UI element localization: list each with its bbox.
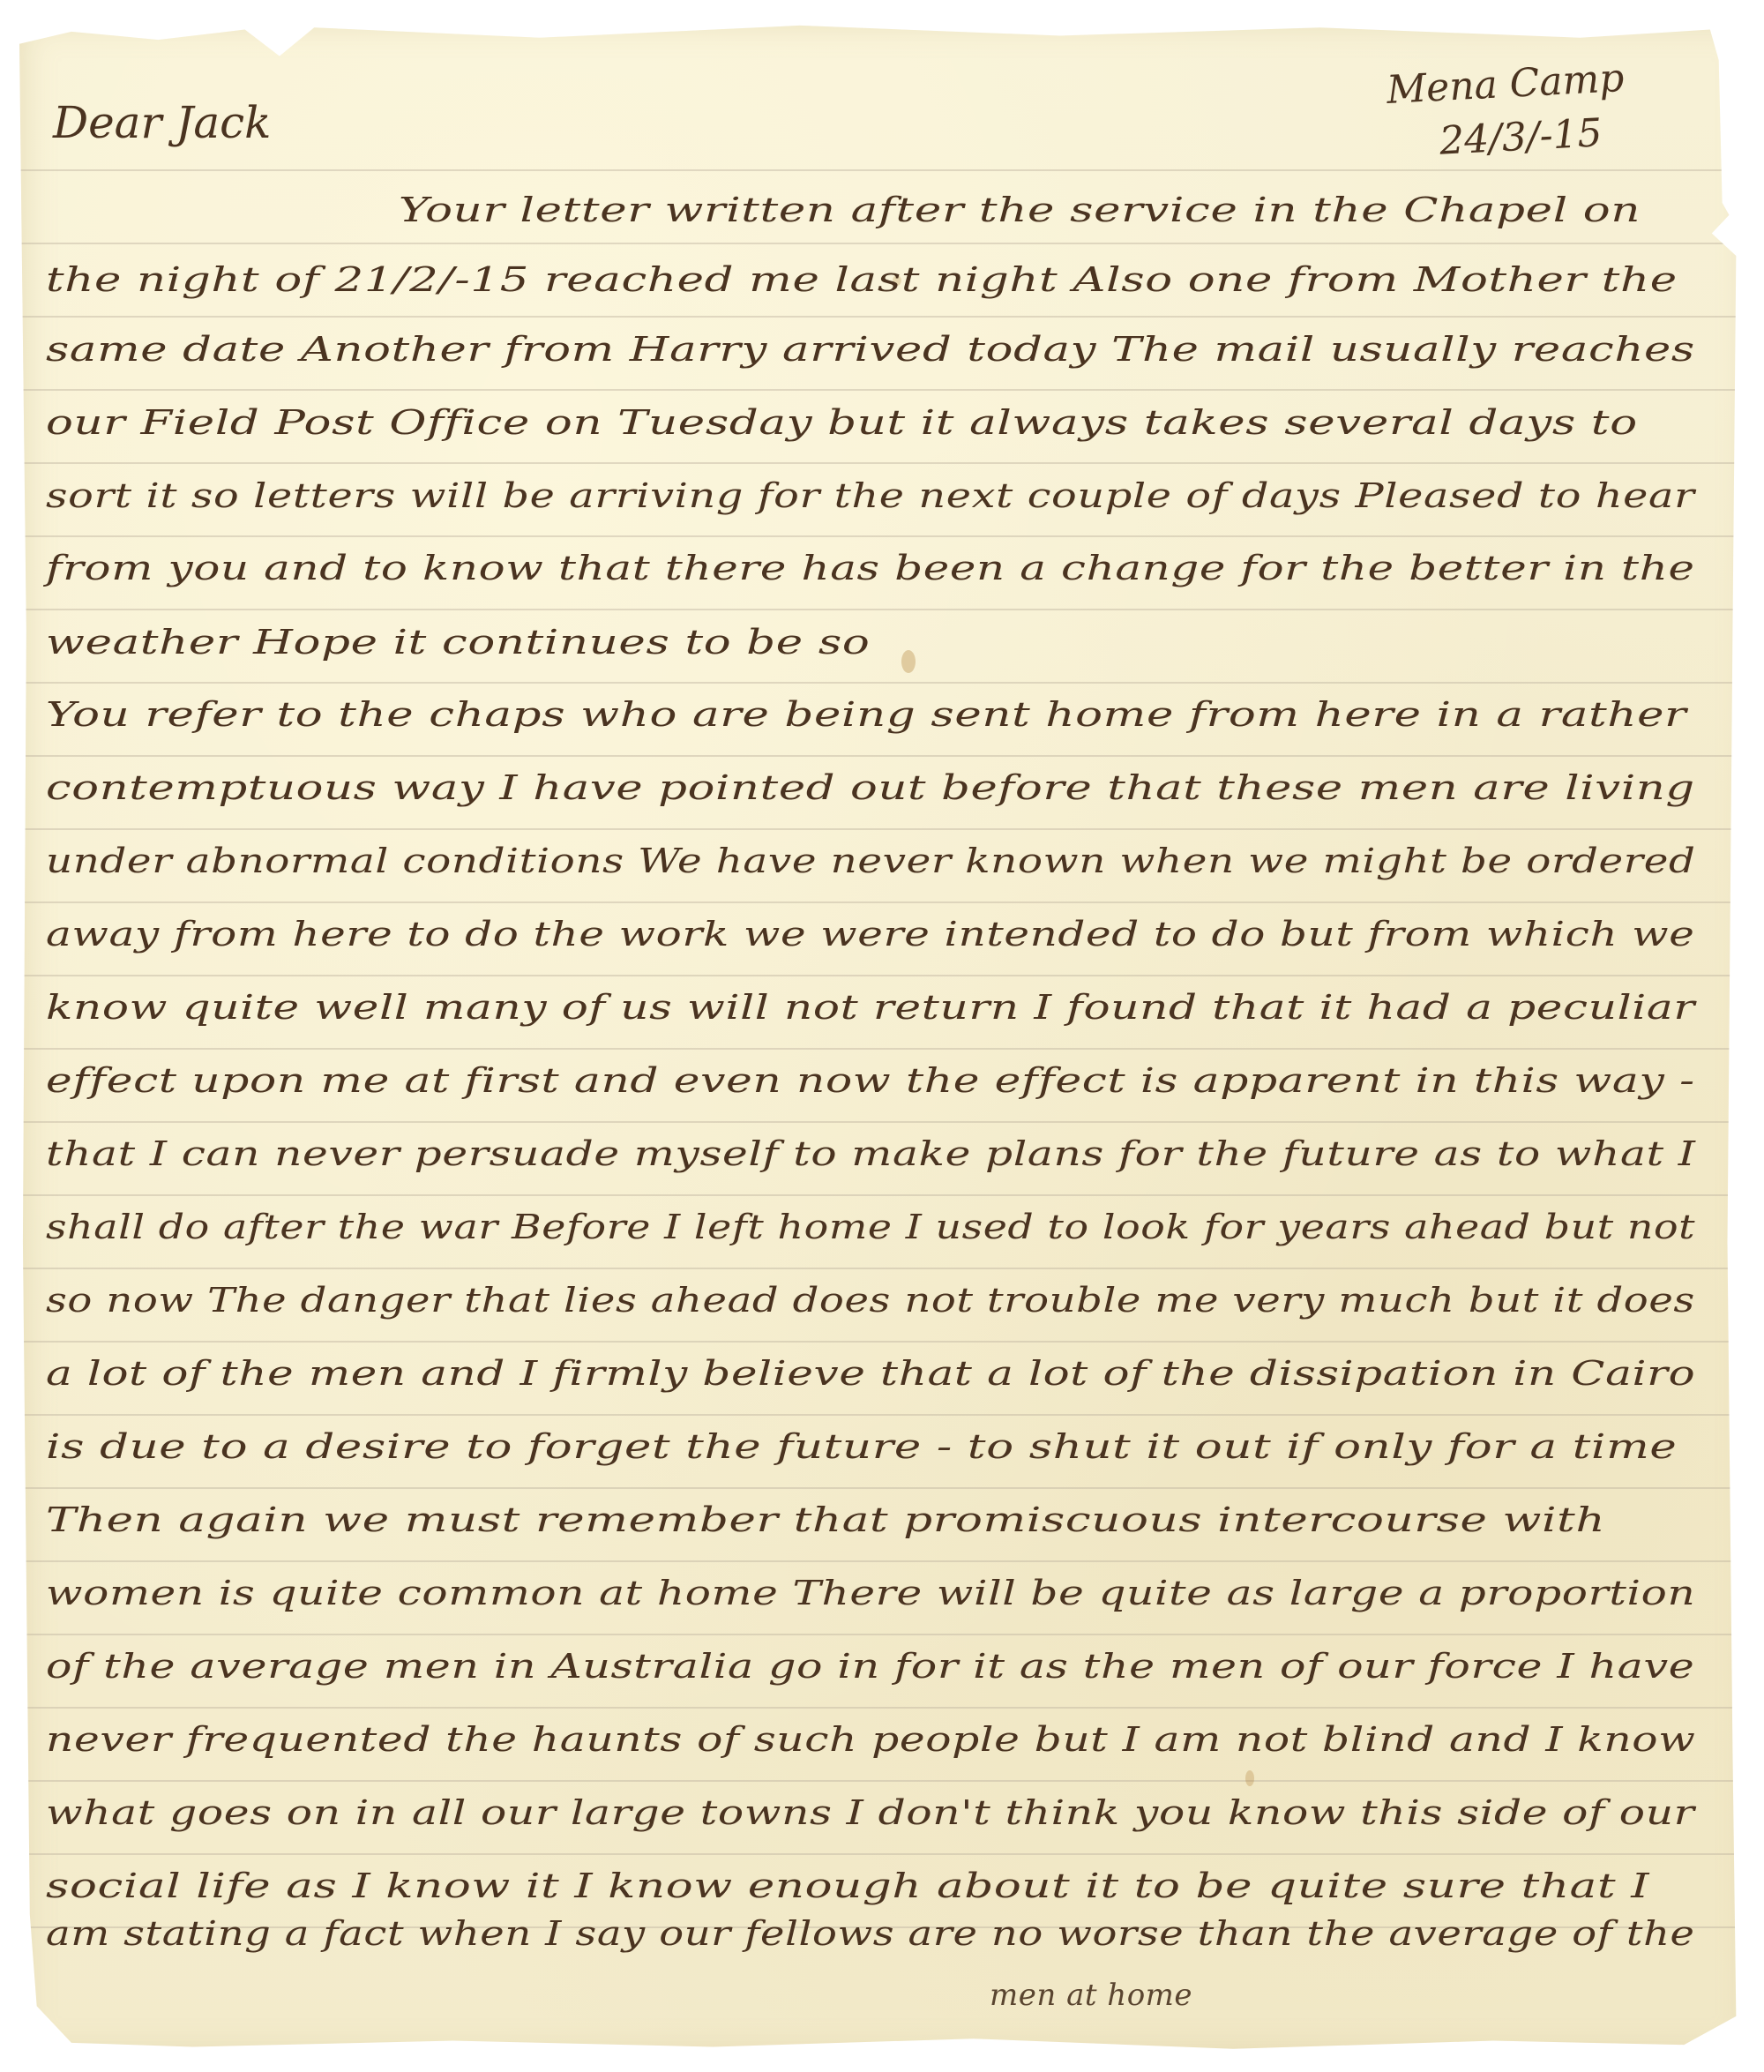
letter-line: contemptuous way I have pointed out befo… (46, 768, 1695, 807)
letter-closing-line: men at home (990, 1978, 1192, 2013)
letter-paper: Mena Camp 24/3/-15 Dear Jack Your letter… (19, 19, 1753, 2057)
letter-line: of the average men in Australia go in fo… (46, 1647, 1694, 1686)
letter-line: weather Hope it continues to be so (46, 623, 870, 662)
letter-line: the night of 21/2/-15 reached me last ni… (46, 260, 1678, 299)
letter-line: shall do after the war Before I left hom… (46, 1208, 1695, 1246)
letter-line: know quite well many of us will not retu… (46, 988, 1695, 1027)
letter-line: Your letter written after the service in… (399, 191, 1641, 229)
letter-line: a lot of the men and I firmly believe th… (46, 1354, 1695, 1393)
letter-line: sort it so letters will be arriving for … (46, 476, 1695, 515)
letter-line: our Field Post Office on Tuesday but it … (46, 403, 1638, 442)
letter-line: that I can never persuade myself to make… (46, 1134, 1696, 1173)
salutation: Dear Jack (53, 97, 271, 148)
letter-line: same date Another from Harry arrived tod… (46, 330, 1695, 369)
letter-line: under abnormal conditions We have never … (46, 842, 1695, 880)
letter-line: social life as I know it I know enough a… (46, 1866, 1649, 1905)
letter-line: is due to a desire to forget the future … (46, 1427, 1677, 1466)
letter-line: women is quite common at home There will… (46, 1574, 1695, 1612)
letter-line: am stating a fact when I say our fellows… (46, 1914, 1695, 1953)
letter-line: You refer to the chaps who are being sen… (46, 695, 1686, 734)
letter-line: Then again we must remember that promisc… (46, 1500, 1605, 1539)
letter-line: what goes on in all our large towns I do… (46, 1793, 1695, 1832)
letter-line: effect upon me at first and even now the… (46, 1061, 1695, 1100)
letter-line: never frequented the haunts of such peop… (46, 1720, 1695, 1759)
letter-line: so now The danger that lies ahead does n… (46, 1281, 1695, 1320)
letter-date: 24/3/-15 (1439, 110, 1603, 164)
letter-line: from you and to know that there has been… (46, 549, 1695, 587)
letter-line: away from here to do the work we were in… (46, 915, 1694, 954)
letter-place: Mena Camp (1386, 56, 1626, 113)
letter-body: Mena Camp 24/3/-15 Dear Jack Your letter… (19, 19, 1753, 2057)
